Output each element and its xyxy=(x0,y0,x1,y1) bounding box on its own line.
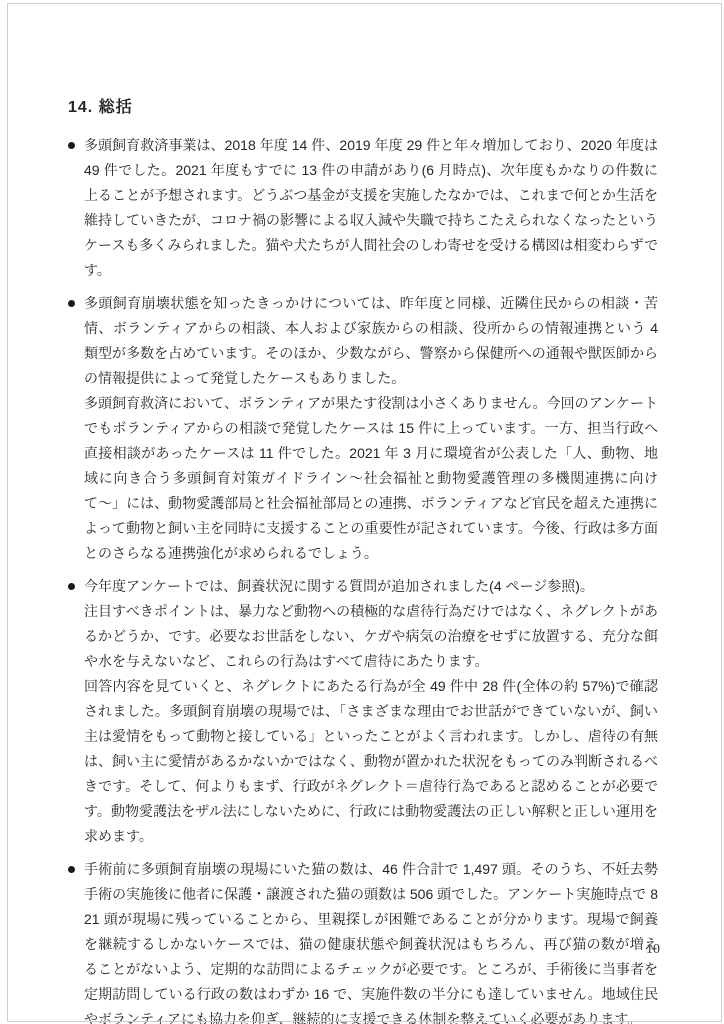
page-title: 14. 総括 xyxy=(68,98,658,118)
document-page: 14. 総括 多頭飼育救済事業は、2018 年度 14 件、2019 年度 29… xyxy=(0,0,724,1024)
page-number: 10 xyxy=(646,942,660,958)
bullet-item: 今年度アンケートでは、飼養状況に関する質問が追加されました(4 ページ参照)。注… xyxy=(68,574,658,849)
bullet-paragraph: 回答内容を見ていくと、ネグレクトにあたる行為が全 49 件中 28 件(全体の約… xyxy=(84,674,658,849)
bullet-text: 今年度アンケートでは、飼養状況に関する質問が追加されました(4 ページ参照)。注… xyxy=(84,574,658,849)
bullet-paragraph: 多頭飼育救済事業は、2018 年度 14 件、2019 年度 29 件と年々増加… xyxy=(84,133,658,283)
bullet-item: 多頭飼育崩壊状態を知ったきっかけについては、昨年度と同様、近隣住民からの相談・苦… xyxy=(68,291,658,566)
bullet-list: 多頭飼育救済事業は、2018 年度 14 件、2019 年度 29 件と年々増加… xyxy=(68,133,658,1024)
bullet-dot-icon xyxy=(68,142,75,149)
bullet-paragraph: 手術前に多頭飼育崩壊の現場にいた猫の数は、46 件合計で 1,497 頭。そのう… xyxy=(84,857,658,1024)
bullet-paragraph: 今年度アンケートでは、飼養状況に関する質問が追加されました(4 ページ参照)。 xyxy=(84,574,658,599)
bullet-paragraph: 多頭飼育救済において、ボランティアが果たす役割は小さくありません。今回のアンケー… xyxy=(84,391,658,566)
bullet-paragraph: 多頭飼育崩壊状態を知ったきっかけについては、昨年度と同様、近隣住民からの相談・苦… xyxy=(84,291,658,391)
bullet-text: 多頭飼育救済事業は、2018 年度 14 件、2019 年度 29 件と年々増加… xyxy=(84,133,658,283)
bullet-dot-icon xyxy=(68,300,75,307)
bullet-text: 手術前に多頭飼育崩壊の現場にいた猫の数は、46 件合計で 1,497 頭。そのう… xyxy=(84,857,658,1024)
bullet-item: 手術前に多頭飼育崩壊の現場にいた猫の数は、46 件合計で 1,497 頭。そのう… xyxy=(68,857,658,1024)
bullet-paragraph: 注目すべきポイントは、暴力など動物への積極的な虐待行為だけではなく、ネグレクトが… xyxy=(84,599,658,674)
bullet-dot-icon xyxy=(68,583,75,590)
bullet-text: 多頭飼育崩壊状態を知ったきっかけについては、昨年度と同様、近隣住民からの相談・苦… xyxy=(84,291,658,566)
bullet-item: 多頭飼育救済事業は、2018 年度 14 件、2019 年度 29 件と年々増加… xyxy=(68,133,658,283)
bullet-dot-icon xyxy=(68,866,75,873)
